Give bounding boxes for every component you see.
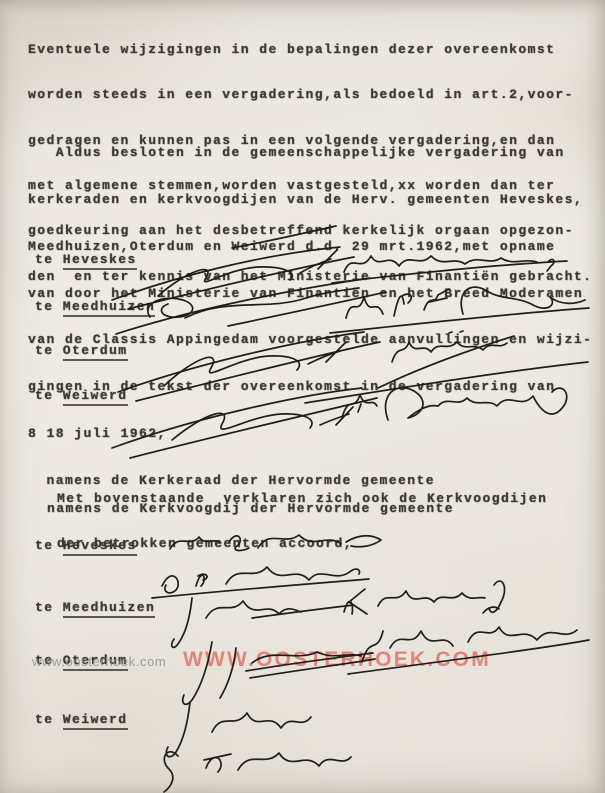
label-prefix: te: [35, 538, 63, 553]
label-place: Heveskes: [63, 538, 137, 556]
label-prefix: te: [35, 343, 63, 358]
kerkeraad-label-weiwerd: te Weiwerd: [35, 388, 128, 403]
paragraph-2-line: Aldus besloten in de gemeenschappelijke …: [28, 145, 592, 161]
watermark-large: WWW.OOSTERHOEK.COM: [183, 648, 491, 672]
label-place: Meedhuizen: [63, 299, 156, 317]
label-prefix: te: [35, 388, 63, 403]
kerkvoogdij-label-heveskes: te Heveskes: [35, 538, 137, 553]
paragraph-1-line: Eventuele wijzigingen in de bepalingen d…: [28, 42, 592, 57]
kerkvoogdij-meedhuizen-signature-2: [344, 581, 505, 614]
kerkvoogdij-meedhuizen-signature-1: [172, 598, 354, 647]
label-place: Weiwerd: [63, 388, 128, 406]
label-place: Weiwerd: [63, 712, 128, 730]
paragraph-2-line: 8 18 juli 1962,: [28, 426, 592, 442]
label-prefix: te: [35, 299, 63, 314]
kerkvoogdij-weiwerd-signature-2: [164, 752, 351, 792]
label-prefix: te: [35, 712, 63, 727]
label-prefix: te: [35, 600, 63, 615]
label-place: Meedhuizen: [63, 600, 156, 618]
middle-caption: namens de Kerkvoogdij der Hervormde geme…: [47, 501, 454, 516]
kerkvoogdij-weiwerd-signature-1: [166, 702, 311, 757]
scanned-document-page: Eventuele wijzigingen in de bepalingen d…: [0, 0, 605, 793]
label-prefix: te: [35, 252, 63, 267]
label-place: Heveskes: [63, 252, 137, 270]
kerkeraad-label-oterdum: te Oterdum: [35, 343, 128, 358]
middle-statement: Met bovenstaande verklaren zich ook de K…: [57, 461, 547, 582]
kerkvoogdij-label-meedhuizen: te Meedhuizen: [35, 600, 155, 615]
kerkeraad-label-meedhuizen: te Meedhuizen: [35, 299, 155, 314]
kerkvoogdij-label-weiwerd: te Weiwerd: [35, 712, 128, 727]
paragraph-2-line: kerkeraden en kerkvoogdijen van de Herv.…: [28, 192, 592, 208]
kerkeraad-label-heveskes: te Heveskes: [35, 252, 137, 267]
watermark-small: www.oosterhoek.com: [32, 654, 166, 669]
label-place: Oterdum: [63, 343, 128, 361]
paragraph-1-line: worden steeds in een vergadering,als bed…: [28, 87, 592, 102]
